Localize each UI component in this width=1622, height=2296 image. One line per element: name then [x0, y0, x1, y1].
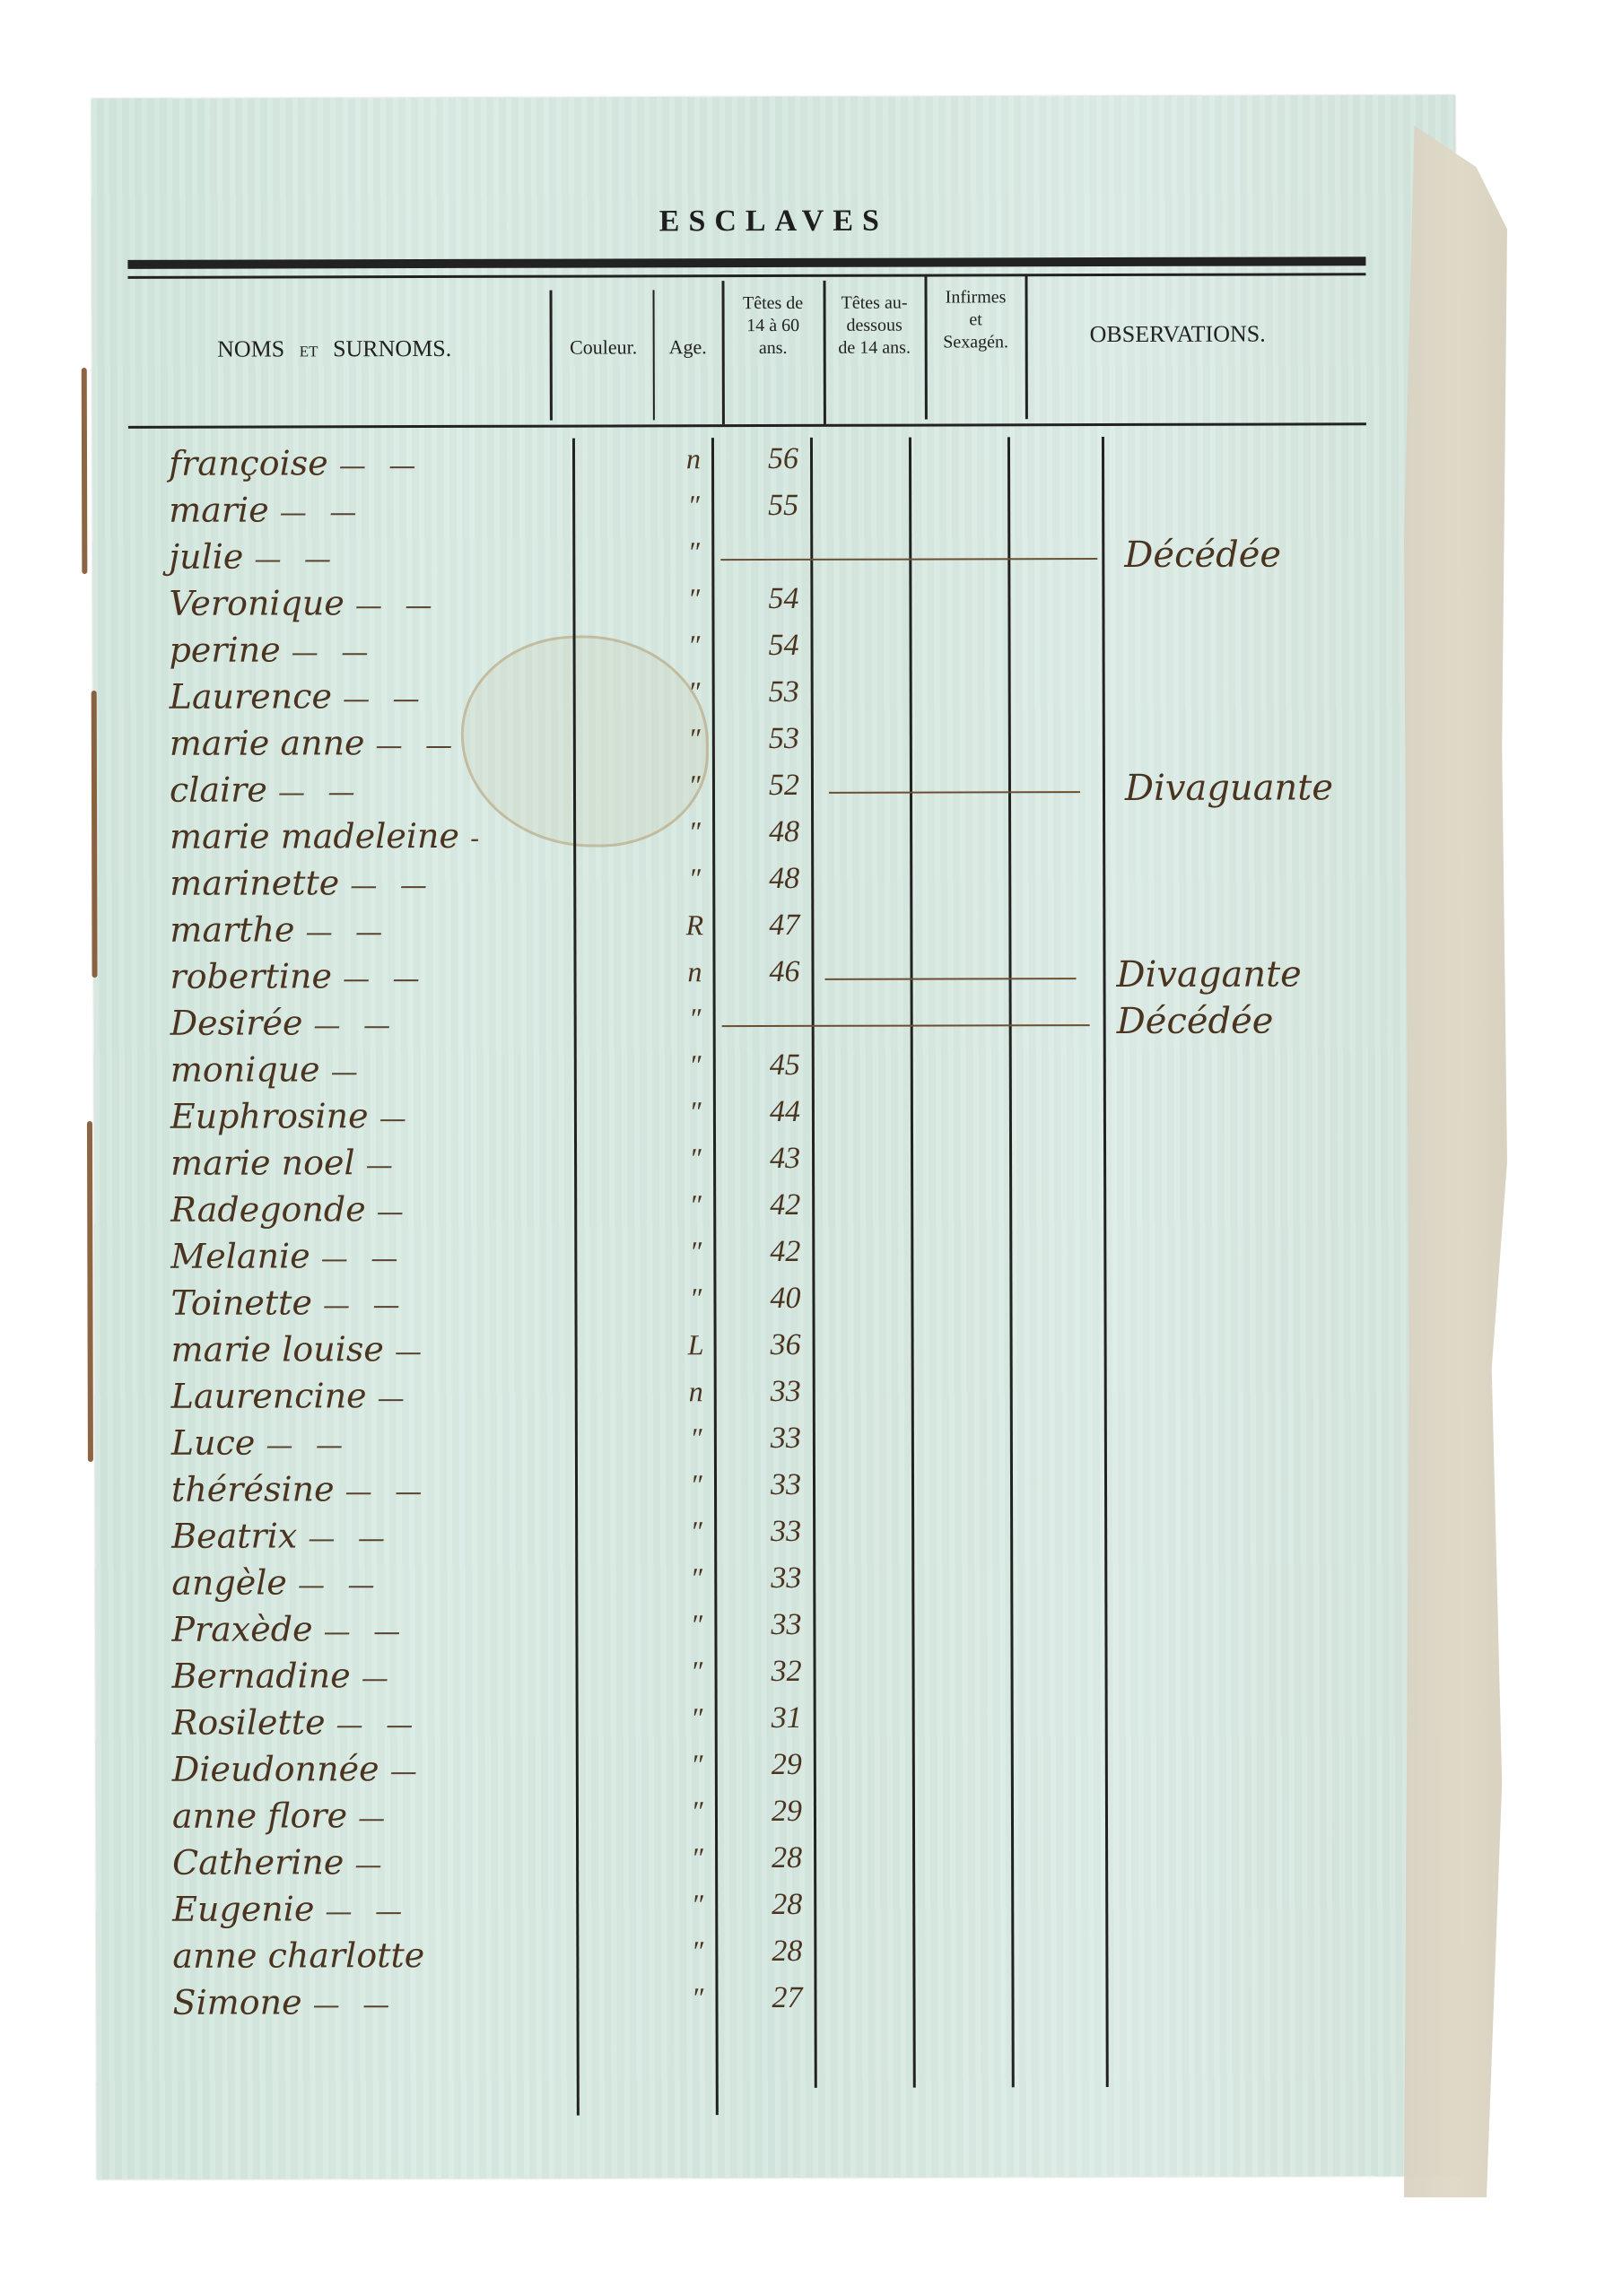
strike-line [720, 558, 1097, 561]
row-name: marie — — [169, 489, 635, 529]
row-name: françoise — — [169, 442, 635, 483]
table-row: Beatrix — —″33 [95, 1513, 1396, 1563]
header-top-thin-rule [127, 273, 1365, 279]
row-age: 43 [758, 1142, 812, 1176]
row-couleur: ″ [669, 1608, 723, 1641]
row-couleur: ″ [670, 1655, 724, 1688]
row-age: 28 [760, 1841, 814, 1875]
row-age: 33 [759, 1468, 813, 1502]
row-name: marthe — — [170, 909, 636, 949]
table-row: marie louise —L36 [95, 1326, 1396, 1377]
row-name: Praxède — — [171, 1608, 638, 1648]
row-couleur: ″ [669, 1561, 723, 1595]
table-row: marie noel —″43 [94, 1140, 1395, 1190]
row-age: 42 [758, 1235, 812, 1269]
row-name: thérésine — — [171, 1468, 638, 1509]
header-infirmes: Infirmes et Sexagén. [927, 286, 1025, 353]
row-couleur: ″ [669, 1468, 723, 1501]
header-tetes-14-60: Têtes de 14 à 60 ans. [724, 292, 823, 360]
table-row: Catherine —″28 [96, 1839, 1397, 1890]
header-noms: NOMS ET SURNOMS. [146, 335, 523, 365]
table-row: Desirée — —″Décédée [94, 1000, 1395, 1050]
row-couleur: L [669, 1328, 723, 1361]
row-name: angèle — — [171, 1561, 638, 1602]
table-row: marie anne — —″53 [93, 720, 1394, 770]
row-name: marie noel — [170, 1142, 637, 1182]
row-couleur: ″ [668, 1002, 722, 1035]
strike-line [825, 978, 1077, 980]
page-title: ESCLAVES [92, 203, 1455, 240]
row-name: claire — — [170, 769, 636, 809]
row-couleur: ″ [667, 862, 721, 895]
row-couleur: ″ [670, 1935, 724, 1968]
binding-thread [87, 1121, 93, 1462]
row-name: marie louise — [171, 1328, 638, 1369]
table-row: Veronique — —″54 [92, 580, 1393, 631]
row-name: marie madeleine - [170, 815, 636, 856]
row-age: 53 [757, 722, 811, 756]
row-couleur: ″ [667, 535, 720, 569]
row-couleur: ″ [670, 1795, 724, 1828]
table-row: françoise — —n56 [92, 440, 1393, 491]
table-row: Bernadine —″32 [96, 1653, 1397, 1703]
row-couleur: ″ [667, 815, 721, 848]
header-tetes-sous-14: Têtes au- dessous de 14 ans. [825, 292, 924, 360]
row-couleur: ″ [670, 1701, 724, 1735]
row-age: 48 [757, 815, 811, 849]
row-name: julie — — [169, 535, 635, 576]
table-row: Toinette — —″40 [94, 1280, 1395, 1330]
row-age: 33 [759, 1608, 813, 1642]
row-name: perine — — [170, 629, 636, 669]
row-name: Catherine — [172, 1841, 639, 1882]
header-top-rule [127, 257, 1365, 269]
table-row: anne flore —″29 [96, 1793, 1397, 1843]
table-row: anne charlotte″28 [96, 1933, 1397, 1983]
row-age: 45 [758, 1048, 812, 1083]
table-row: marthe — —R47 [93, 907, 1394, 957]
row-name: Dieudonnée — [172, 1748, 639, 1788]
row-name: Beatrix — — [171, 1515, 638, 1555]
row-couleur: ″ [667, 769, 721, 802]
row-couleur: ″ [668, 1235, 722, 1268]
row-couleur: ″ [668, 1188, 722, 1222]
row-age: 33 [759, 1375, 813, 1409]
torn-margin [1404, 126, 1507, 2197]
table-row: perine — —″54 [93, 627, 1394, 677]
row-name: robertine — — [170, 955, 636, 996]
row-observation: Décédée [1124, 535, 1281, 576]
row-age: 44 [758, 1095, 812, 1129]
row-name: anne charlotte [172, 1935, 639, 1975]
row-couleur: R [667, 909, 721, 942]
row-age: 48 [757, 862, 811, 896]
table-row: robertine — —n46Divagante [93, 953, 1394, 1004]
table-row: angèle — —″33 [95, 1560, 1396, 1610]
table-row: marie — —″55 [92, 487, 1393, 537]
row-age: 32 [760, 1655, 814, 1689]
strike-line [829, 791, 1080, 794]
row-couleur: n [669, 1375, 723, 1408]
row-couleur: ″ [667, 629, 721, 662]
table-row: Laurence — —″53 [93, 674, 1394, 724]
row-age: 29 [760, 1795, 814, 1829]
row-age: 52 [757, 769, 811, 803]
header-divider [653, 290, 655, 420]
table-row: julie — —″Décédée [92, 534, 1393, 584]
row-couleur: ″ [670, 1841, 724, 1874]
row-name: Euphrosine — [170, 1095, 637, 1135]
row-name: Radegonde — [170, 1188, 637, 1229]
row-name: Desirée — — [170, 1002, 637, 1042]
row-age: 33 [759, 1515, 813, 1549]
row-age: 40 [758, 1282, 812, 1316]
row-age: 28 [760, 1935, 814, 1969]
row-couleur: ″ [670, 1981, 724, 2014]
row-name: marinette — — [170, 862, 636, 902]
row-observation: Divaguante [1125, 767, 1333, 809]
document-sheet: ESCLAVES NOMS ET SURNOMS. Couleur. Age. … [92, 95, 1461, 2179]
row-age: 29 [760, 1748, 814, 1782]
table-row: Praxède — —″33 [95, 1606, 1396, 1657]
row-couleur: ″ [667, 582, 720, 615]
table-row: marinette — —″48 [93, 860, 1394, 910]
row-couleur: ″ [668, 1048, 722, 1082]
row-name: marie anne — — [170, 722, 636, 762]
row-age: 33 [759, 1422, 813, 1456]
header-divider [1025, 275, 1027, 419]
row-age: 54 [756, 582, 810, 616]
row-couleur: ″ [668, 1142, 722, 1175]
header-couleur: Couleur. [554, 335, 653, 360]
row-couleur: ″ [667, 675, 721, 709]
strike-line [722, 1024, 1090, 1027]
row-couleur: ″ [667, 489, 720, 522]
row-age: 47 [757, 909, 811, 943]
row-age: 46 [757, 955, 811, 989]
row-name: Laurence — — [170, 675, 636, 716]
table-row: Laurencine —n33 [95, 1373, 1396, 1423]
table-row: Eugenie — —″28 [96, 1886, 1397, 1936]
row-couleur: ″ [669, 1422, 723, 1455]
header-age: Age. [656, 335, 720, 360]
row-couleur: ″ [667, 722, 721, 755]
row-age: 56 [756, 442, 810, 476]
row-age: 27 [760, 1981, 814, 2015]
row-observation: Décédée [1117, 1001, 1274, 1042]
table-row: Luce — —″33 [95, 1420, 1396, 1470]
row-name: Melanie — — [170, 1235, 637, 1275]
row-couleur: ″ [670, 1888, 724, 1921]
row-name: Eugenie — — [172, 1888, 639, 1928]
row-couleur: ″ [670, 1748, 724, 1781]
row-name: Luce — — [171, 1422, 638, 1462]
table-row: Melanie — —″42 [94, 1233, 1395, 1283]
row-name: Laurencine — [171, 1375, 638, 1415]
table-row: monique —″45 [94, 1047, 1395, 1097]
binding-thread [82, 368, 88, 574]
row-name: Toinette — — [170, 1282, 637, 1322]
row-couleur: ″ [669, 1515, 723, 1548]
row-age: 33 [759, 1561, 813, 1596]
row-couleur: ″ [668, 1095, 722, 1128]
row-age: 42 [758, 1188, 812, 1222]
row-name: Bernadine — [172, 1655, 639, 1695]
row-age: 54 [757, 629, 811, 663]
row-age: 28 [760, 1888, 814, 1922]
row-name: anne flore — [172, 1795, 639, 1835]
table-row: Simone — —″27 [96, 1979, 1397, 2030]
row-couleur: n [667, 442, 720, 475]
row-name: Simone — — [172, 1981, 639, 2022]
row-age: 31 [760, 1701, 814, 1735]
row-couleur: ″ [668, 1282, 722, 1315]
header-bottom-rule [128, 422, 1366, 429]
table-row: thérésine — —″33 [95, 1466, 1396, 1517]
table-row: Rosilette — —″31 [96, 1700, 1397, 1750]
row-name: Rosilette — — [172, 1701, 639, 1742]
row-age: 36 [759, 1328, 813, 1362]
row-name: monique — [170, 1048, 637, 1089]
header-observations: OBSERVATIONS. [1030, 319, 1326, 349]
table-row: Radegonde —″42 [94, 1187, 1395, 1237]
header-divider [550, 291, 553, 421]
row-age: 55 [756, 489, 810, 523]
table-row: claire — —″52Divaguante [93, 767, 1394, 817]
table-row: Euphrosine —″44 [94, 1093, 1395, 1144]
table-row: marie madeleine -″48 [93, 813, 1394, 864]
row-observation: Divagante [1116, 953, 1301, 996]
row-couleur: n [667, 955, 721, 988]
table-row: Dieudonnée —″29 [96, 1746, 1397, 1796]
row-name: Veronique — — [169, 582, 635, 622]
row-age: 53 [757, 675, 811, 709]
